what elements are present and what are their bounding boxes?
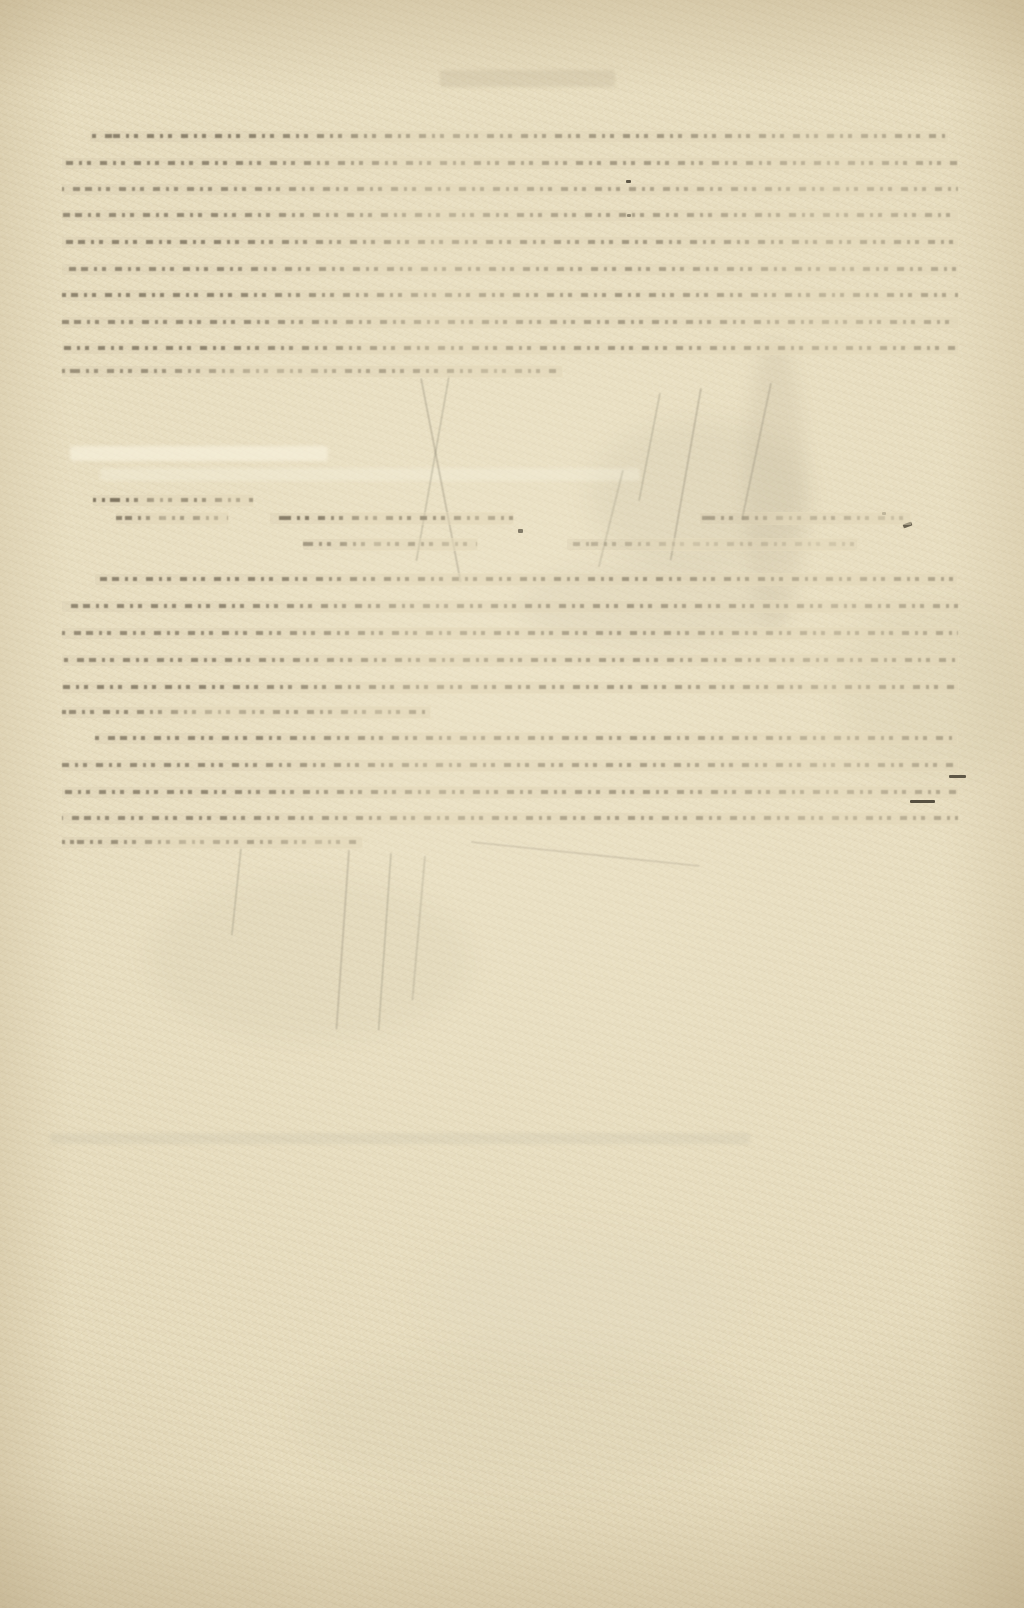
faded-text-line xyxy=(567,539,857,550)
faded-text-line xyxy=(62,158,958,169)
faded-text-line xyxy=(62,366,562,377)
ink-speck xyxy=(949,775,966,778)
scanned-page xyxy=(0,0,1024,1608)
faded-text-line xyxy=(62,290,958,301)
faded-text-line xyxy=(62,787,958,798)
faded-text-line xyxy=(700,513,910,524)
faded-text-line xyxy=(62,682,958,693)
faded-text-line xyxy=(62,317,958,328)
faded-text-line xyxy=(62,760,958,771)
faded-text-line xyxy=(62,237,958,248)
faded-text-line xyxy=(62,628,958,639)
ink-speck xyxy=(518,529,523,533)
faded-text-line xyxy=(62,707,430,718)
ink-speck xyxy=(910,800,935,803)
faded-text-line xyxy=(62,210,958,221)
faded-text-line xyxy=(62,343,958,354)
faded-text-line xyxy=(62,601,958,612)
faded-text-line xyxy=(270,513,513,524)
faded-text-line xyxy=(62,655,958,666)
faded-text-line xyxy=(95,574,957,585)
faded-text-line xyxy=(90,131,948,142)
faded-text-line xyxy=(62,184,958,195)
faded-text-line xyxy=(303,539,477,550)
faded-text-line xyxy=(62,837,362,848)
faded-text-line xyxy=(93,495,253,506)
faded-text-line xyxy=(62,813,958,824)
faded-text-line xyxy=(95,733,957,744)
faded-text-line xyxy=(62,264,958,275)
faded-text-line xyxy=(116,513,228,524)
